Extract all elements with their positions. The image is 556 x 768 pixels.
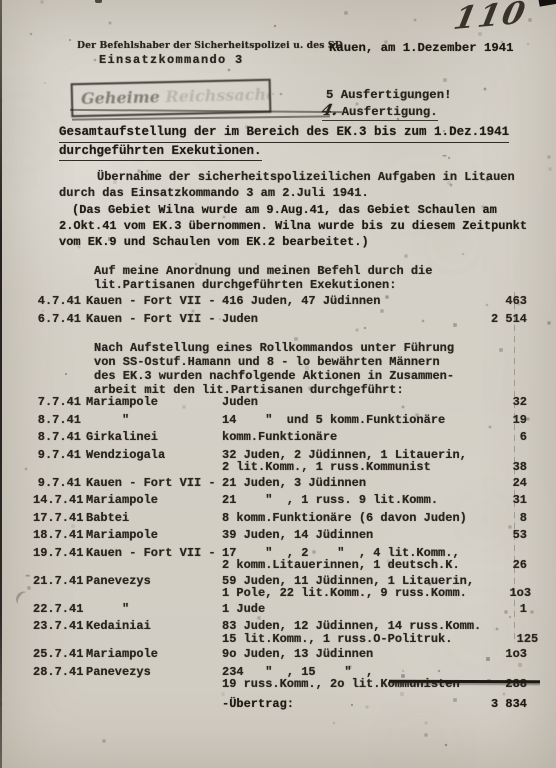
row-details: Juden xyxy=(222,313,470,326)
scan-corner-mark xyxy=(539,0,556,7)
row-detail-line: komm.Funktionäre xyxy=(222,431,470,444)
row-details: 14 " und 5 komm.Funktionäre xyxy=(222,414,470,427)
execution-table-row: 6.7.41Kauen - Fort VII -Juden2 514 xyxy=(33,313,527,326)
row-date: 21.7.41 xyxy=(33,575,81,600)
row-detail-line: 15 lit.Komm., 1 russ.O-Politruk. xyxy=(222,633,481,646)
row-place: " xyxy=(86,414,217,427)
paragraph-line: lit.Partisanen durchgeführten Exekutione… xyxy=(94,278,432,292)
row-count: 19 xyxy=(475,414,527,427)
row-date: 8.7.41 xyxy=(33,431,81,444)
row-detail-line: 1 Pole, 22 lit.Komm., 9 russ.Komm. xyxy=(222,587,474,600)
row-date: 23.7.41 xyxy=(33,620,81,645)
row-place: Kauen - Fort VII - xyxy=(86,547,217,572)
paragraph-line: durch das Einsatzkommando 3 am 2.Juli 19… xyxy=(59,185,515,201)
row-date: 9.7.41 xyxy=(33,449,81,474)
row-place: Kauen - Fort VII - xyxy=(86,477,217,490)
paragraph-order: Auf meine Anordnung und meinen Befehl du… xyxy=(94,264,432,292)
row-count: 38 xyxy=(475,461,527,474)
row-date: 28.7.41 xyxy=(33,666,81,691)
note-line: Nach Aufstellung eines Rollkommandos unt… xyxy=(94,341,454,355)
note-line: des EK.3 wurden nachfolgende Aktionen in… xyxy=(94,369,454,383)
row-detail-line: Juden xyxy=(222,396,470,409)
row-count: 125 xyxy=(486,633,538,646)
row-details: 32 Juden, 2 Jüdinnen, 1 Litauerin,2 lit.… xyxy=(222,449,470,474)
carryover-row: -Übertrag: 3 834 xyxy=(33,697,527,711)
row-count: 31 xyxy=(475,494,527,507)
row-details: 9o Juden, 13 Jüdinnen xyxy=(222,648,470,661)
row-details: 234 " , 15 " ,19 russ.Komm., 2o lit.Komm… xyxy=(222,666,470,691)
row-details: 21 " , 1 russ. 9 lit.Komm. xyxy=(222,494,470,507)
row-date: 17.7.41 xyxy=(33,512,81,525)
row-place: Mariampole xyxy=(86,529,217,542)
row-date: 8.7.41 xyxy=(33,414,81,427)
execution-table-row: 28.7.41Panevezys234 " , 15 " ,19 russ.Ko… xyxy=(33,666,527,691)
row-count: 1o3 xyxy=(479,587,531,600)
execution-table-row: 9.7.41Kauen - Fort VII -21 Juden, 3 Jüdi… xyxy=(33,477,527,490)
letterhead-unit: Einsatzkommando 3 xyxy=(99,53,244,67)
row-date: 18.7.41 xyxy=(33,529,81,542)
row-date: 9.7.41 xyxy=(33,477,81,490)
row-details: 39 Juden, 14 Jüdinnen xyxy=(222,529,470,542)
row-details: 1 Jude xyxy=(222,603,470,616)
scan-top-mark xyxy=(95,0,102,3)
copies-count: 5 Ausfertigungen! xyxy=(326,88,451,102)
row-count: 53 xyxy=(475,529,527,542)
row-detail-line: 21 " , 1 russ. 9 lit.Komm. xyxy=(222,494,470,507)
row-detail-line: 9o Juden, 13 Jüdinnen xyxy=(222,648,470,661)
row-count: 2 514 xyxy=(475,313,527,326)
row-count: 6 xyxy=(475,431,527,444)
row-place: Panevezys xyxy=(86,575,217,600)
row-details: 83 Juden, 12 Jüdinnen, 14 russ.Komm.15 l… xyxy=(222,620,481,645)
note-line: von SS-Ostuf.Hamann und 8 - lo bewährten… xyxy=(94,355,454,369)
row-details: 416 Juden, 47 Jüdinnen xyxy=(222,295,470,308)
row-details: 17 " , 2 " , 4 lit.Komm.,2 komm.Litaueri… xyxy=(222,547,470,572)
execution-table-row: 22.7.41 "1 Jude1 xyxy=(33,603,527,616)
row-detail-line: 21 Juden, 3 Jüdinnen xyxy=(222,477,470,490)
row-details: komm.Funktionäre xyxy=(222,431,470,444)
execution-table-row: 8.7.41 "14 " und 5 komm.Funktionäre19 xyxy=(33,414,527,427)
letterhead-authority: Der Befehlshaber der Sicherheitspolizei … xyxy=(77,40,343,51)
row-detail-line: 14 " und 5 komm.Funktionäre xyxy=(222,414,470,427)
dateline: Kauen, am 1.Dezember 1941 xyxy=(329,41,513,55)
execution-table-row: 25.7.41Mariampole9o Juden, 13 Jüdinnen1o… xyxy=(33,648,527,661)
row-details: Juden xyxy=(222,396,470,409)
execution-table-row: 9.7.41Wendziogala32 Juden, 2 Jüdinnen, 1… xyxy=(33,449,527,474)
row-count: 463 xyxy=(475,295,527,308)
execution-table-row: 7.7.41MariampoleJuden32 xyxy=(33,396,527,409)
row-date: 7.7.41 xyxy=(33,396,81,409)
row-detail-line: 416 Juden, 47 Jüdinnen xyxy=(222,295,470,308)
row-details: 21 Juden, 3 Jüdinnen xyxy=(222,477,470,490)
execution-table-row: 4.7.41Kauen - Fort VII -416 Juden, 47 Jü… xyxy=(33,295,527,308)
carryover-total: 3 834 xyxy=(475,697,527,711)
paper-crease xyxy=(514,292,515,644)
row-date: 19.7.41 xyxy=(33,547,81,572)
title-line-2: durchgeführten Exekutionen. xyxy=(59,143,262,162)
handwritten-copy-number: 4. xyxy=(320,101,339,119)
execution-table-row: 19.7.41Kauen - Fort VII -17 " , 2 " , 4 … xyxy=(33,547,527,572)
row-count: 26 xyxy=(475,559,527,572)
row-detail-line: 83 Juden, 12 Jüdinnen, 14 russ.Komm. xyxy=(222,620,481,633)
paragraph-territory-note: (Das Gebiet Wilna wurde am 9.Aug.41, das… xyxy=(59,202,527,250)
paragraph-line: Übernahme der sicherheitspolizeilichen A… xyxy=(59,169,515,185)
row-detail-line: 2 komm.Litauerinnen, 1 deutsch.K. xyxy=(222,559,470,572)
execution-table-row: 17.7.41Babtei8 komm.Funktionäre (6 davon… xyxy=(33,512,527,525)
sum-rule xyxy=(389,680,540,684)
execution-table: 7.7.41MariampoleJuden328.7.41 "14 " und … xyxy=(33,396,527,694)
row-place: Babtei xyxy=(86,512,217,525)
row-place: Panevezys xyxy=(86,666,217,691)
title-line-1: Gesamtaufstellung der im Bereich des EK.… xyxy=(59,124,509,143)
row-count: 24 xyxy=(475,477,527,490)
scan-edge-left xyxy=(0,0,2,768)
paragraph-line: 2.Okt.41 vom EK.3 übernommen. Wilna wurd… xyxy=(59,218,527,234)
row-detail-line: 1 Jude xyxy=(222,603,470,616)
row-details: 59 Juden, 11 Jüdinnen, 1 Litauerin,1 Pol… xyxy=(222,575,474,600)
row-date: 25.7.41 xyxy=(33,648,81,661)
row-detail-line: 8 komm.Funktionäre (6 davon Juden) xyxy=(222,512,470,525)
execution-table-row: 18.7.41Mariampole39 Juden, 14 Jüdinnen53 xyxy=(33,529,527,542)
row-count: 1o3 xyxy=(475,648,527,661)
row-place: Girkalinei xyxy=(86,431,217,444)
paragraph-takeover: Übernahme der sicherheitspolizeilichen A… xyxy=(59,169,515,201)
execution-table-row: 23.7.41Kedainiai83 Juden, 12 Jüdinnen, 1… xyxy=(33,620,527,645)
row-place: " xyxy=(86,603,217,616)
intro-execution-rows: 4.7.41Kauen - Fort VII -416 Juden, 47 Jü… xyxy=(33,295,527,330)
row-place: Mariampole xyxy=(86,396,217,409)
paragraph-line: (Das Gebiet Wilna wurde am 9.Aug.41, das… xyxy=(59,202,527,218)
row-place: Kedainiai xyxy=(86,620,217,645)
copy-label: Ausfertigung. xyxy=(342,105,438,119)
execution-table-row: 21.7.41Panevezys59 Juden, 11 Jüdinnen, 1… xyxy=(33,575,527,600)
document-page: 110 Der Befehlshaber der Sicherheitspoli… xyxy=(0,0,556,768)
execution-table-row: 8.7.41Girkalineikomm.Funktionäre6 xyxy=(33,431,527,444)
paragraph-line: Auf meine Anordnung und meinen Befehl du… xyxy=(94,264,432,278)
row-date: 6.7.41 xyxy=(33,313,81,326)
row-count: 1 xyxy=(475,603,527,616)
row-date: 4.7.41 xyxy=(33,295,81,308)
row-count: 8 xyxy=(475,512,527,525)
row-place: Mariampole xyxy=(86,494,217,507)
row-place: Wendziogala xyxy=(86,449,217,474)
row-place: Mariampole xyxy=(86,648,217,661)
paragraph-line: vom EK.9 und Schaulen vom EK.2 bearbeite… xyxy=(59,234,527,250)
row-place: Kauen - Fort VII - xyxy=(86,295,217,308)
paragraph-rollkommando: Nach Aufstellung eines Rollkommandos unt… xyxy=(94,341,454,397)
handwritten-page-number: 110 xyxy=(451,0,530,37)
stray-pen-mark: -. xyxy=(442,148,451,162)
row-date: 22.7.41 xyxy=(33,603,81,616)
stamp-word-1: Geheime xyxy=(81,87,160,108)
stray-pen-mark: - xyxy=(25,568,30,583)
row-detail-line: Juden xyxy=(222,313,470,326)
copy-number-line: 4.Ausfertigung. xyxy=(322,101,438,121)
carryover-label: -Übertrag: xyxy=(222,697,470,711)
row-details: 8 komm.Funktionäre (6 davon Juden) xyxy=(222,512,470,525)
execution-table-row: 14.7.41Mariampole21 " , 1 russ. 9 lit.Ko… xyxy=(33,494,527,507)
row-count: 32 xyxy=(475,396,527,409)
row-detail-line: 2 lit.Komm., 1 russ.Kommunist xyxy=(222,461,470,474)
row-place: Kauen - Fort VII - xyxy=(86,313,217,326)
stray-pen-mark: ( xyxy=(11,586,28,606)
row-detail-line: 39 Juden, 14 Jüdinnen xyxy=(222,529,470,542)
row-date: 14.7.41 xyxy=(33,494,81,507)
stamp-word-2: Reichssache xyxy=(160,85,272,107)
